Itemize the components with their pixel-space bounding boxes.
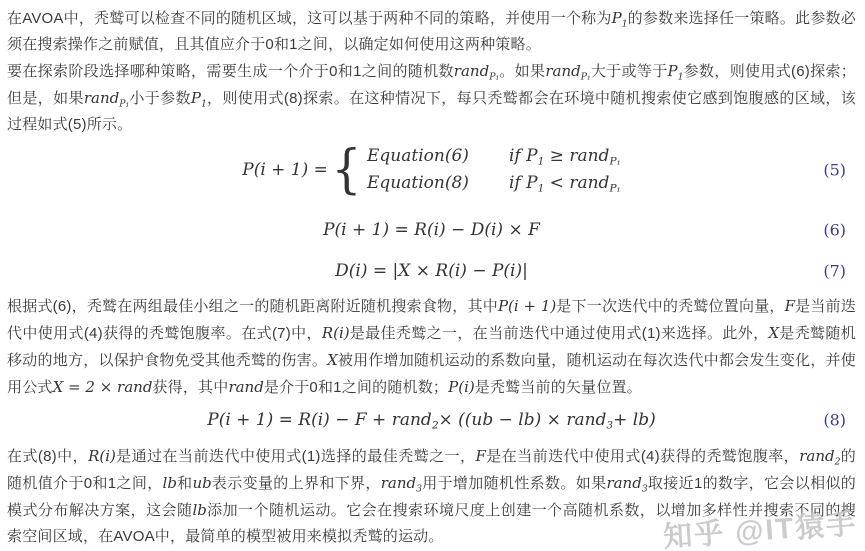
equation-number: (7) bbox=[823, 262, 846, 281]
equation-number: (5) bbox=[823, 161, 846, 180]
equation-7-body: D(i) = |X × R(i) − P(i)| bbox=[335, 261, 528, 281]
equation-number: (8) bbox=[823, 411, 846, 430]
equation-8-body: P(i + 1) = R(i) − F + rand2 × ((ub − lb)… bbox=[207, 410, 655, 430]
equation-number: (6) bbox=[823, 221, 846, 240]
equation-7: D(i) = |X × R(i) − P(i)| (7) bbox=[7, 261, 856, 281]
equation-5-cases: Equation(6) if P1 ≥ randP₁ Equation(8) i… bbox=[367, 143, 621, 197]
paragraph-strategy: 要在探索阶段选择哪种策略，需要生成一个介于0和1之间的随机数randP₁。如果r… bbox=[7, 58, 856, 138]
cases-brace: { bbox=[332, 144, 362, 196]
article-page: 在AVOA中，秃鹫可以检查不同的随机区域，这可以基于两种不同的策略，并使用一个称… bbox=[0, 0, 865, 551]
paragraph-after-eq8: 在式(8)中，R(i)是通过在当前迭代中使用式(1)选择的最佳秃鹫之一，F是在当… bbox=[7, 443, 856, 550]
case-condition: if P1 < randP₁ bbox=[509, 170, 621, 197]
equation-5: P(i + 1) = { Equation(6) if P1 ≥ randP₁ … bbox=[7, 142, 856, 198]
equation-6-body: P(i + 1) = R(i) − D(i) × F bbox=[323, 220, 540, 240]
case-row: Equation(6) if P1 ≥ randP₁ bbox=[367, 143, 621, 170]
case-condition: if P1 ≥ randP₁ bbox=[509, 143, 621, 170]
paragraph-intro: 在AVOA中，秃鹫可以检查不同的随机区域，这可以基于两种不同的策略，并使用一个称… bbox=[7, 5, 856, 58]
equation-8: P(i + 1) = R(i) − F + rand2 × ((ub − lb)… bbox=[7, 410, 856, 430]
case-row: Equation(8) if P1 < randP₁ bbox=[367, 170, 621, 197]
equation-6: P(i + 1) = R(i) − D(i) × F (6) bbox=[7, 220, 856, 240]
paragraph-after-eq7: 根据式(6)，秃鹫在两组最佳小组之一的随机距离附近随机搜索食物，其中P(i + … bbox=[7, 293, 856, 401]
case-expression: Equation(8) bbox=[367, 170, 489, 197]
equation-5-body: P(i + 1) = { Equation(6) if P1 ≥ randP₁ … bbox=[242, 143, 621, 197]
equation-5-lhs: P(i + 1) = bbox=[242, 160, 328, 180]
case-expression: Equation(6) bbox=[367, 143, 489, 170]
